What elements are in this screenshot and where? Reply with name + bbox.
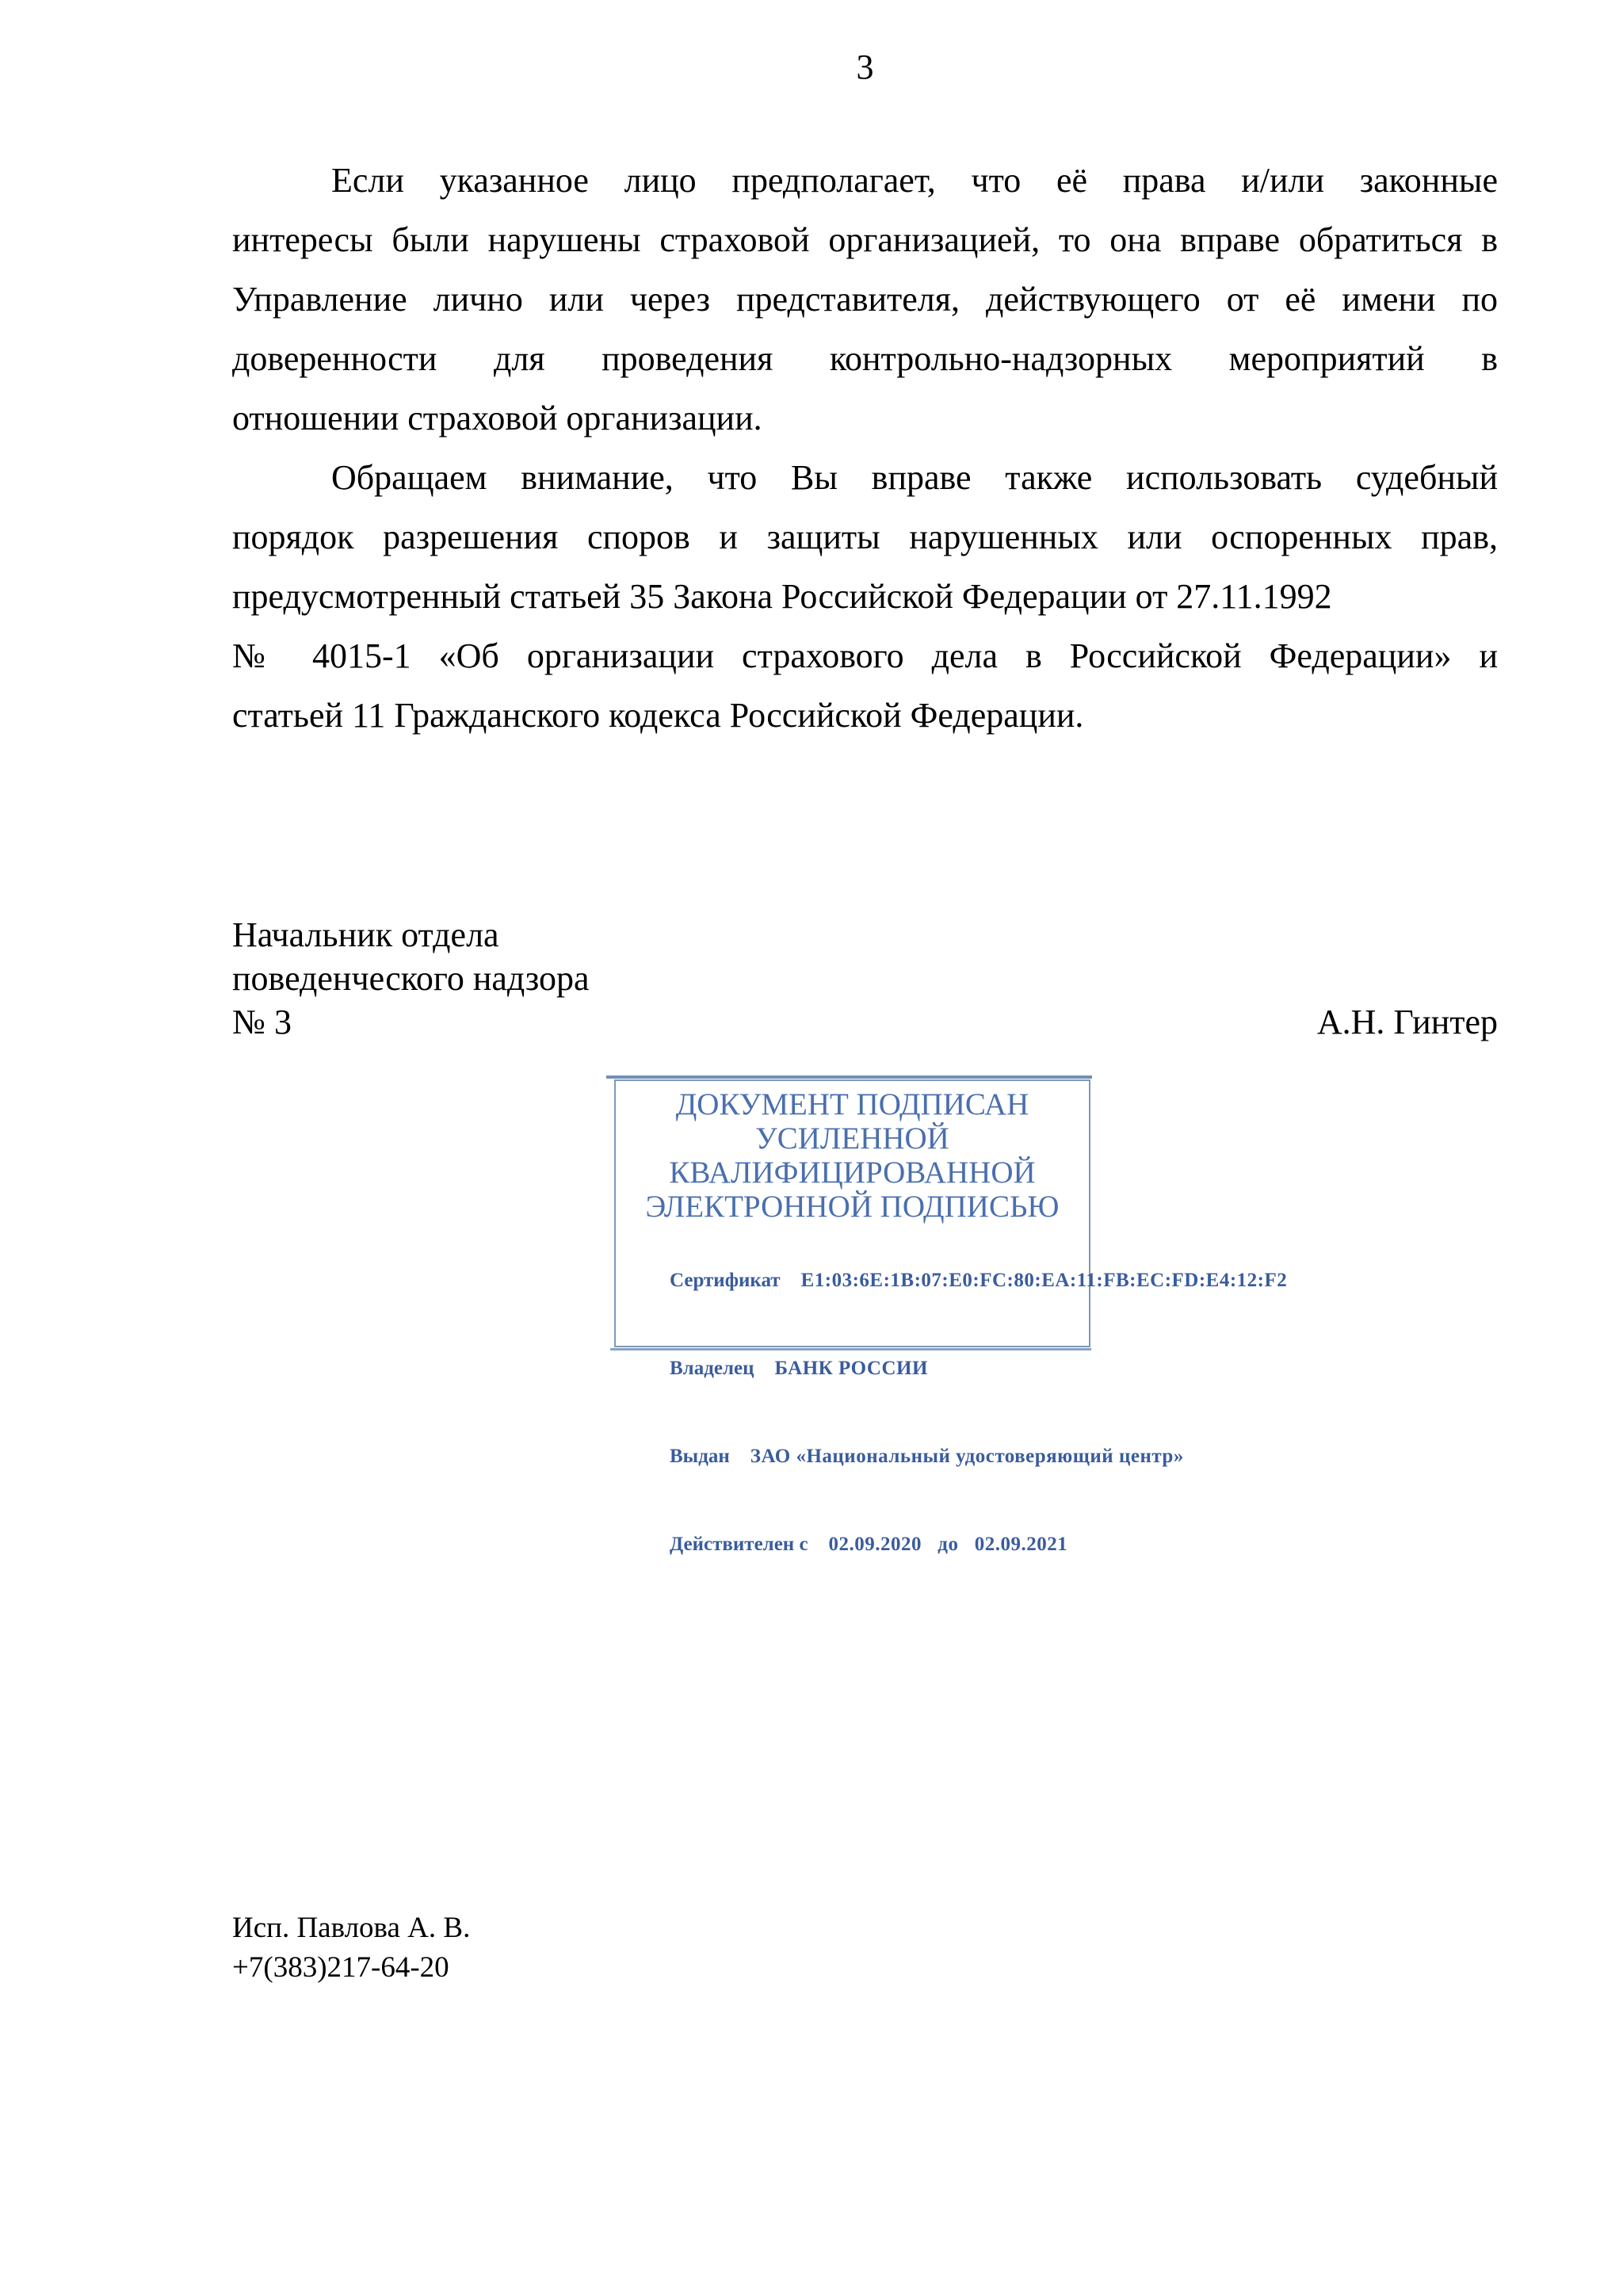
- stamp-field-issuer: ВыданЗАО «Национальный удостоверяющий це…: [630, 1412, 1081, 1500]
- stamp-field-certificate: СертификатE1:03:6E:1B:07:E0:FC:80:EA:11:…: [630, 1236, 1081, 1324]
- stamp-heading-line: ДОКУМЕНТ ПОДПИСАН: [616, 1087, 1089, 1121]
- signer-name: А.Н. Гинтер: [1317, 1000, 1498, 1044]
- body-text: Если указанное лицо предполагает, что её…: [232, 151, 1498, 745]
- executor-name: Исп. Павлова А. В.: [232, 1908, 470, 1948]
- paragraph-line: предусмотренный статьей 35 Закона Россий…: [232, 567, 1498, 626]
- stamp-field-owner: ВладелецБАНК РОССИИ: [630, 1324, 1081, 1412]
- stamp-heading-line: КВАЛИФИЦИРОВАННОЙ: [616, 1156, 1089, 1190]
- paragraph-line: статьей 11 Гражданского кодекса Российск…: [232, 686, 1498, 745]
- stamp-fields: СертификатE1:03:6E:1B:07:E0:FC:80:EA:11:…: [630, 1236, 1081, 1588]
- paragraph-line: интересы были нарушены страховой организ…: [232, 210, 1498, 269]
- stamp-heading-line: УСИЛЕННОЙ: [616, 1121, 1089, 1156]
- page-number: 3: [232, 48, 1498, 87]
- stamp-field-value: E1:03:6E:1B:07:E0:FC:80:EA:11:FB:EC:FD:E…: [801, 1270, 1288, 1291]
- paragraph-line: порядок разрешения споров и защиты наруш…: [232, 507, 1498, 567]
- paragraph-line: Если указанное лицо предполагает, что её…: [232, 151, 1498, 210]
- stamp-field-label: Сертификат: [670, 1266, 781, 1295]
- stamp-field-value: БАНК РОССИИ: [774, 1358, 927, 1379]
- stamp-field-label: Владелец: [670, 1354, 754, 1383]
- paragraph-line: отношении страховой организации.: [232, 388, 1498, 448]
- signer-title-row: № 3 А.Н. Гинтер: [232, 1000, 1498, 1044]
- stamp-heading-line: ЭЛЕКТРОННОЙ ПОДПИСЬЮ: [616, 1190, 1089, 1224]
- document-page: 3 Если указанное лицо предполагает, что …: [0, 0, 1623, 2296]
- executor-phone: +7(383)217-64-20: [232, 1948, 470, 1988]
- signer-title-line: поведенческого надзора: [232, 957, 1498, 1000]
- signature-block: Начальник отдела поведенческого надзора …: [232, 913, 1498, 1044]
- stamp-heading: ДОКУМЕНТ ПОДПИСАН УСИЛЕННОЙ КВАЛИФИЦИРОВ…: [616, 1087, 1089, 1224]
- stamp-field-value: ЗАО «Национальный удостоверяющий центр»: [750, 1446, 1184, 1467]
- digital-signature-stamp: ДОКУМЕНТ ПОДПИСАН УСИЛЕННОЙ КВАЛИФИЦИРОВ…: [614, 1079, 1090, 1347]
- stamp-field-value: 02.09.2020 до 02.09.2021: [829, 1534, 1068, 1555]
- paragraph-line: № 4015-1 «Об организации страхового дела…: [232, 626, 1498, 686]
- paragraph-line: Обращаем внимание, что Вы вправе также и…: [232, 448, 1498, 507]
- stamp-field-validity: Действителен с02.09.2020 до 02.09.2021: [630, 1500, 1081, 1588]
- signer-title-line: Начальник отдела: [232, 913, 1498, 957]
- stamp-field-label: Действителен с: [670, 1530, 808, 1559]
- executor-block: Исп. Павлова А. В. +7(383)217-64-20: [232, 1908, 470, 1988]
- paragraph-line: доверенности для проведения контрольно-н…: [232, 329, 1498, 388]
- paragraph-line: Управление лично или через представителя…: [232, 269, 1498, 329]
- signer-title-line: № 3: [232, 1000, 292, 1044]
- stamp-field-label: Выдан: [670, 1442, 730, 1471]
